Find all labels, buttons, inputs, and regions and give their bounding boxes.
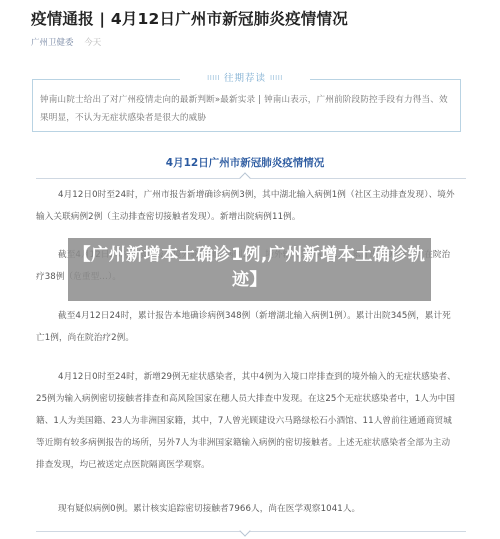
decor-ticks-right: IIIII	[270, 74, 283, 82]
caret-down-icon	[239, 525, 250, 536]
divider-top	[36, 178, 466, 179]
recommended-heading-label: 往期荐读	[224, 73, 266, 84]
article-title: 疫情通报 | 4月12日广州市新冠肺炎疫情情况	[31, 7, 348, 29]
overlay-headline: 【广州新增本土确诊1例,广州新增本土确诊轨迹】	[72, 243, 427, 293]
paragraph-new-cases: 4月12日0时至24时，广州市报告新增确诊病例3例，其中湖北输入病例1例（社区主…	[36, 184, 456, 228]
paragraph-asymptomatic: 4月12日0时至24时，新增29例无症状感染者，其中4例为入境口岸排查到的境外输…	[36, 366, 456, 476]
divider-bottom	[36, 531, 466, 532]
article-page: 疫情通报 | 4月12日广州市新冠肺炎疫情情况 广州卫健委 今天 IIIII 往…	[0, 0, 500, 539]
decor-ticks-left: IIIII	[207, 74, 220, 82]
caret-up-icon	[239, 172, 250, 183]
paragraph-local-cumulative: 截至4月12日24时，累计报告本地确诊病例348例（新增湖北输入病例1例）。累计…	[36, 305, 456, 349]
section-title: 4月12日广州市新冠肺炎疫情情况	[0, 155, 490, 170]
recommended-link[interactable]: 钟南山院士给出了对广州疫情走向的最新判断»最新实录 | 钟南山表示，广州前阶段防…	[40, 91, 454, 127]
publish-date: 今天	[84, 38, 101, 48]
article-meta: 广州卫健委 今天	[31, 36, 101, 48]
recommended-heading: IIIII 往期荐读 IIIII	[180, 70, 310, 84]
author-link[interactable]: 广州卫健委	[31, 38, 74, 48]
paragraph-suspected: 现有疑似病例0例。累计核实追踪密切接触者7966人，尚在医学观察1041人。	[36, 498, 456, 520]
